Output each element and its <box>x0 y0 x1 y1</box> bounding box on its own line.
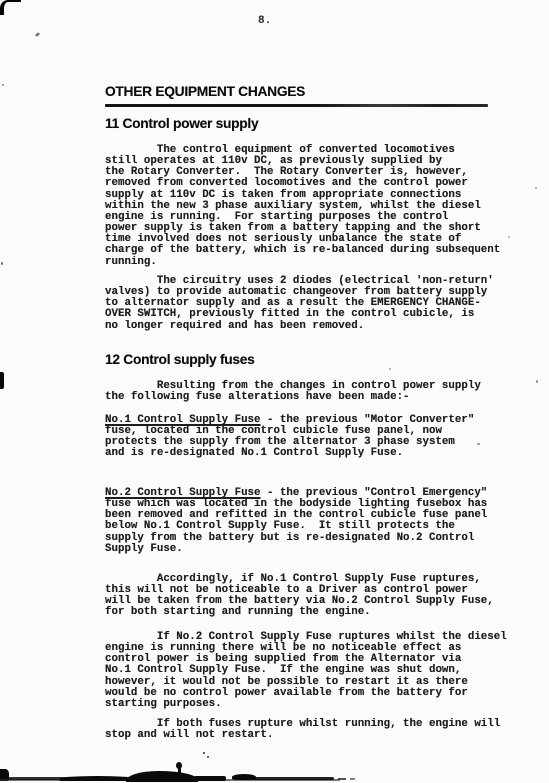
scan-artifact-speck <box>536 380 538 383</box>
paragraph-circuitry-diodes: The circuitry uses 2 diodes (electrical … <box>105 276 494 332</box>
scan-artifact-smudge <box>60 776 135 781</box>
paragraph-accordingly: Accordingly, if No.1 Control Supply Fuse… <box>105 574 494 619</box>
paragraph-text: The circuitry uses 2 diodes (electrical … <box>105 275 494 332</box>
scan-artifact-speck <box>1 262 3 265</box>
main-heading: OTHER EQUIPMENT CHANGES <box>105 84 305 99</box>
scan-artifact-speck <box>2 84 4 86</box>
paragraph-text: If No.2 Control Supply Fuse ruptures whi… <box>105 631 507 710</box>
scan-artifact-speck <box>203 752 205 754</box>
paragraph-no1-fuse: No.1 Control Supply Fuse - the previous … <box>105 415 474 460</box>
paragraph-text: If both fuses rupture whilst running, th… <box>105 718 500 741</box>
scan-artifact-speck <box>178 767 181 779</box>
page-number: 8. <box>258 15 271 27</box>
scan-artifact-dash <box>338 778 346 780</box>
scan-artifact-corner-hook <box>0 0 21 15</box>
paragraph-both-fuses: If both fuses rupture whilst running, th… <box>105 719 500 741</box>
paragraph-no2-fuse: No.2 Control Supply Fuse - the previous … <box>105 488 487 555</box>
paragraph-text: The control equipment of converted locom… <box>105 144 500 268</box>
paragraph-if-no2-ruptures: If No.2 Control Supply Fuse ruptures whi… <box>105 632 507 710</box>
scan-artifact-speck <box>508 236 510 238</box>
scan-artifact-speck <box>207 756 209 758</box>
heading-underline-rule <box>105 104 488 107</box>
scan-artifact-smudge-tail <box>252 777 334 780</box>
paragraph-fuse-alterations: Resulting from the changes in control po… <box>105 381 481 403</box>
section-12-heading: 12 Control supply fuses <box>105 352 255 367</box>
scan-artifact-speck <box>535 187 537 189</box>
scan-artifact-smudge <box>194 776 226 781</box>
paragraph-text: - the previous "Control Emergency" fuse … <box>105 487 487 555</box>
section-11-heading: 11 Control power supply <box>105 116 258 131</box>
scanned-document-page: 8. OTHER EQUIPMENT CHANGES 11 Control po… <box>0 0 549 783</box>
scan-artifact-left-edge-mark <box>0 372 4 389</box>
scan-artifact-dash <box>350 778 355 780</box>
scan-artifact-speck <box>35 32 41 37</box>
paragraph-control-equipment: The control equipment of converted locom… <box>105 145 500 268</box>
scan-artifact-speck <box>389 368 391 370</box>
paragraph-text: Accordingly, if No.1 Control Supply Fuse… <box>105 573 494 618</box>
scan-artifact-speck <box>477 443 480 445</box>
paragraph-text: Resulting from the changes in control po… <box>105 380 481 403</box>
scan-artifact-smudge <box>126 771 198 782</box>
